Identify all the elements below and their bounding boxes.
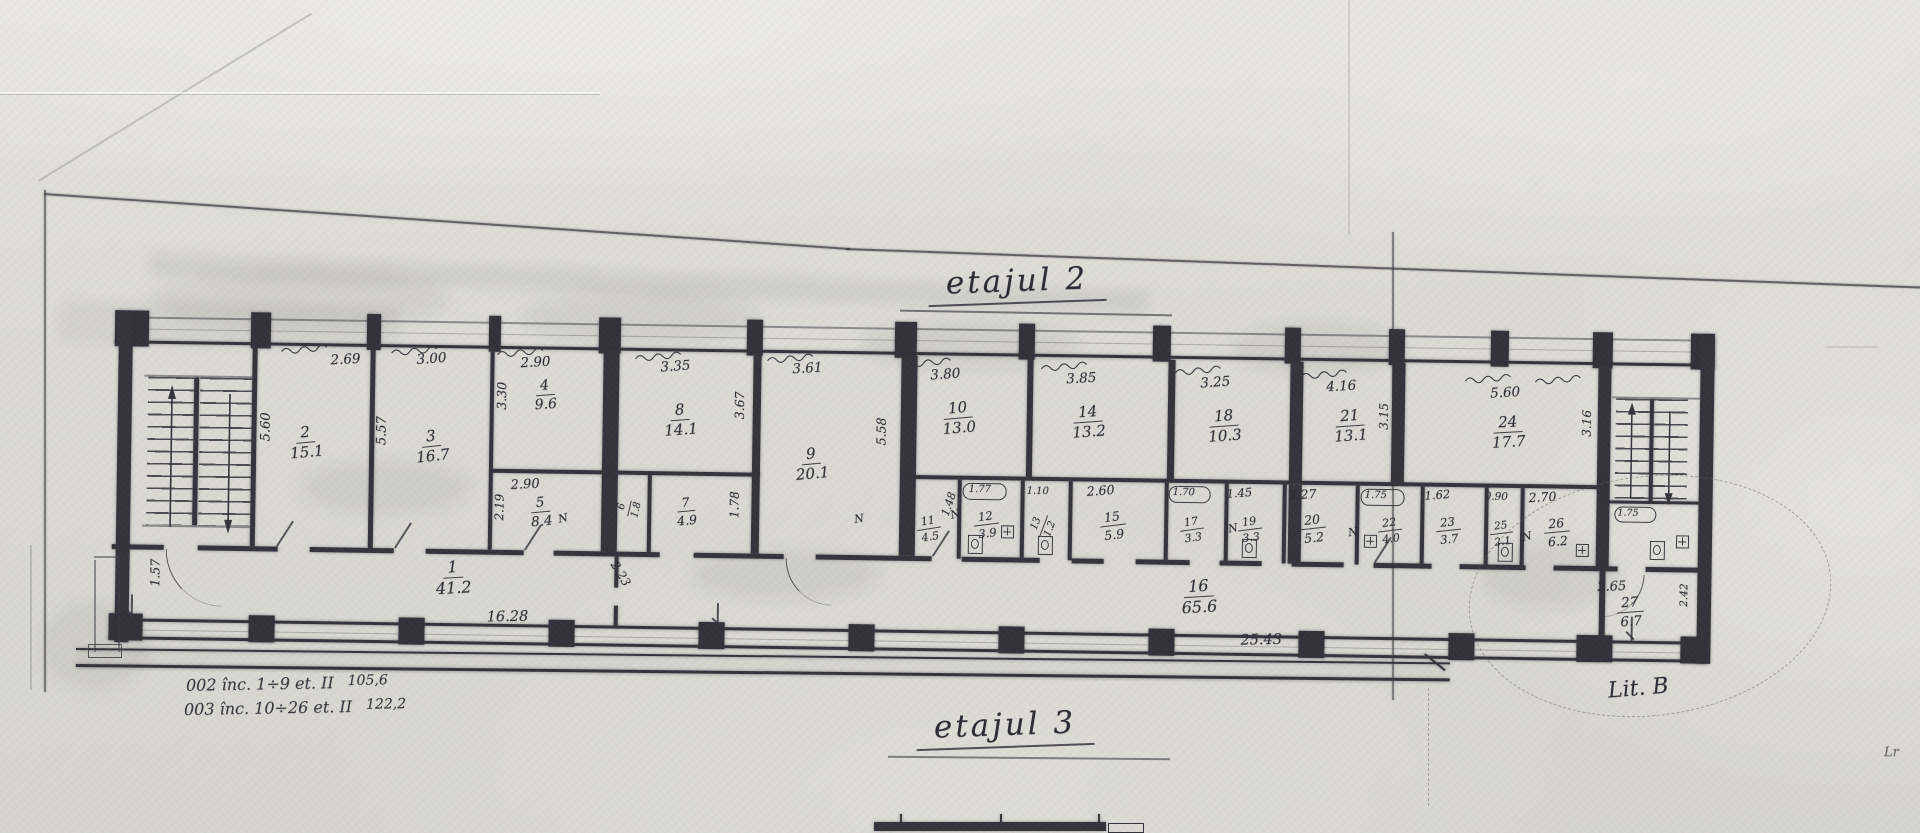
- room-3-label: 316.7: [413, 427, 450, 465]
- dim-room7-width: 1.78: [728, 491, 740, 518]
- dim-room13-width: 1.10: [1027, 487, 1049, 497]
- room-number: 1: [442, 559, 463, 579]
- room-area: 17.7: [1492, 431, 1526, 450]
- dim-room8-width: 3.35: [660, 359, 691, 375]
- room-area: 3.3: [1183, 528, 1202, 544]
- dim-room4-depth: 3.30: [496, 382, 509, 410]
- dim-room2-depth: 5.60: [259, 412, 272, 441]
- room-8-label: 814.1: [662, 401, 698, 438]
- dim-room21-width: 4.16: [1326, 380, 1357, 395]
- room-area: 16.7: [415, 445, 450, 466]
- floor-3-title: etajul 3: [915, 707, 1095, 751]
- niche-mark: N: [853, 513, 864, 525]
- dim-corridor2-length: 25.43: [1240, 633, 1282, 648]
- room-17-label: 173.3: [1178, 515, 1206, 545]
- door-leaf: [276, 521, 294, 547]
- wall: [1026, 358, 1034, 479]
- wall: [647, 475, 652, 554]
- porch-line: [118, 556, 120, 652]
- window-pier: [1491, 331, 1510, 367]
- room-13-label: 131.2: [1028, 511, 1059, 541]
- room-area: 3.3: [1241, 528, 1260, 544]
- window-squiggle: [281, 347, 333, 356]
- porch-line: [94, 556, 120, 558]
- scanned-floorplan-page: { "titles": { "floor2": "etajul 2", "flo…: [0, 0, 1920, 833]
- wall: [112, 544, 164, 549]
- dim-room10-width: 3.80: [930, 367, 961, 383]
- window-pier: [367, 314, 382, 350]
- wall: [1167, 360, 1176, 481]
- paper-crease: [1826, 346, 1878, 348]
- fragment-tick: [1000, 814, 1002, 823]
- wall: [913, 475, 1603, 489]
- paper-crease: [1348, 0, 1350, 235]
- room-area: 4.9: [676, 511, 697, 528]
- wall: [816, 555, 932, 561]
- dim-room4-width: 2.90: [520, 356, 551, 371]
- room-9-label: 920.1: [794, 445, 830, 483]
- stair-direction-arrows: [142, 369, 259, 541]
- room-5-label: 58.4: [529, 496, 553, 530]
- wall: [962, 557, 1040, 563]
- wall: [751, 354, 762, 554]
- dim-room17-tub: 1.70: [1173, 488, 1195, 498]
- room-24-label: 2417.7: [1491, 414, 1526, 451]
- dim-room9-depth: 5.58: [875, 417, 888, 445]
- window-pier: [248, 615, 274, 642]
- room-area: 10.3: [1208, 425, 1243, 445]
- wall: [1374, 563, 1432, 568]
- room-number: 2: [295, 424, 316, 443]
- window-pier: [599, 317, 622, 353]
- dim-room15-width: 2.60: [1086, 484, 1115, 498]
- room-22-label: 224.0: [1377, 516, 1404, 546]
- window-pier: [895, 322, 918, 358]
- niche-mark: N: [949, 508, 961, 521]
- annotation-value: 105,6: [334, 672, 388, 689]
- window-pier: [1298, 631, 1324, 658]
- wall: [1292, 562, 1344, 567]
- room-area: 13.1: [1334, 425, 1369, 445]
- room-area: 15.1: [289, 441, 324, 461]
- dim-room12-tub: 1.77: [969, 485, 991, 495]
- sheet-edge-line: [30, 545, 32, 690]
- room-7-label: 74.9: [675, 496, 698, 528]
- wall: [492, 469, 604, 475]
- room-6-label: 61.8: [616, 498, 644, 520]
- wall: [899, 356, 918, 556]
- window-pier: [848, 624, 874, 651]
- room-area: 65.6: [1181, 596, 1218, 616]
- window-pier: [1148, 629, 1174, 656]
- window-pier: [998, 626, 1024, 653]
- sink-icon: [1001, 525, 1014, 538]
- room-14-label: 1413.2: [1070, 403, 1106, 440]
- dim-room14-width: 3.85: [1066, 372, 1097, 387]
- room-number: 14: [1073, 404, 1103, 424]
- dim-corridor-mid: 2.23: [609, 559, 633, 588]
- room-number: 21: [1335, 407, 1365, 427]
- fragment-wall: [874, 822, 1106, 831]
- wall: [1220, 561, 1262, 566]
- window-pier: [548, 620, 574, 647]
- wall: [426, 549, 524, 555]
- dim-room8-depth: 3.67: [734, 391, 747, 419]
- wall: [1068, 481, 1073, 560]
- room-area: 5.9: [1103, 525, 1125, 542]
- annotation-text: 003 înc. 10÷26 et. II: [184, 697, 352, 719]
- dim-room19-width: 1.45: [1226, 487, 1252, 500]
- dim-room20-width: 2.27: [1288, 488, 1316, 502]
- dim-room3-depth: 5.57: [375, 416, 388, 445]
- room-10-label: 1013.0: [940, 399, 976, 437]
- door-swing-arc: [165, 549, 223, 607]
- room-2-label: 215.1: [288, 424, 324, 462]
- dim-room2-width: 2.69: [330, 353, 361, 368]
- porch-step: [88, 644, 122, 658]
- dim-room5-width: 2.90: [510, 477, 540, 492]
- room-number: 7: [676, 496, 695, 513]
- room-number: 4: [535, 378, 555, 396]
- wall: [1282, 484, 1287, 563]
- dim-room24-width: 5.60: [1490, 386, 1521, 401]
- room-area: 5.2: [1303, 528, 1324, 545]
- wall: [1391, 363, 1406, 484]
- window-pier: [251, 312, 272, 348]
- dim-room21-depth: 3.15: [1378, 403, 1390, 430]
- room-number: 18: [1209, 408, 1239, 428]
- room-area: 14.1: [664, 419, 699, 439]
- room-area: 20.1: [795, 462, 830, 482]
- room-number: 3: [420, 428, 441, 447]
- room-1-label: 141.2: [434, 558, 472, 597]
- door-swing-arc: [785, 558, 833, 606]
- pencil-line: [1428, 688, 1429, 806]
- niche-mark: N: [557, 512, 569, 525]
- door-leaf: [394, 522, 412, 548]
- room-11-label: 114.5: [915, 514, 943, 544]
- annotation-value: 122,2: [352, 696, 406, 713]
- room-number: 24: [1493, 414, 1523, 433]
- room-area: 4.0: [1381, 529, 1400, 545]
- dim-room24-depth: 3.16: [1581, 410, 1593, 437]
- room-area: 8.4: [530, 512, 553, 530]
- room-area: 3.9: [977, 524, 997, 540]
- room-15-label: 155.9: [1098, 509, 1127, 542]
- wall: [1136, 559, 1190, 564]
- dim-room23-width: 1.62: [1424, 489, 1450, 502]
- room-19-label: 193.3: [1237, 515, 1264, 545]
- room-number: 8: [669, 402, 690, 421]
- window-squiggle: [1534, 377, 1586, 386]
- niche-mark: N: [1347, 526, 1358, 538]
- room-number: 16: [1183, 577, 1214, 597]
- room-20-label: 205.2: [1299, 513, 1328, 546]
- wall: [310, 547, 394, 553]
- window-pier: [1153, 326, 1172, 362]
- dim-room9-width: 3.61: [792, 362, 823, 377]
- porch-line: [94, 560, 96, 652]
- room-4-label: 49.6: [533, 378, 558, 413]
- room-area: 3.7: [1439, 530, 1459, 546]
- room-21-label: 2113.1: [1332, 407, 1368, 444]
- wall: [601, 351, 620, 551]
- window-pier: [108, 613, 142, 641]
- room-12-label: 123.9: [973, 510, 1001, 541]
- wall: [694, 553, 784, 559]
- fragment-tick: [1098, 814, 1100, 823]
- dim-corridor-end: 1.57: [149, 559, 162, 587]
- room-23-label: 233.7: [1435, 516, 1462, 546]
- window-pier: [398, 617, 424, 644]
- annotation-text: 002 înc. 1÷9 et. II: [186, 673, 334, 695]
- paper-crease: [0, 94, 600, 95]
- window-pier: [747, 320, 764, 356]
- dim-room18-width: 3.25: [1200, 375, 1231, 391]
- dim-room25-width: 0.90: [1485, 491, 1509, 502]
- window-pier: [1019, 324, 1036, 360]
- room-number: 5: [530, 496, 550, 514]
- wall: [604, 470, 760, 476]
- dim-room3-width: 3.00: [416, 352, 447, 368]
- window-pier: [1285, 327, 1302, 363]
- fragment-block: [1108, 823, 1144, 833]
- sheet-border-line: [44, 190, 46, 692]
- dim-room22-tub: 1.75: [1365, 491, 1387, 501]
- wall: [614, 606, 618, 628]
- corner-pencil-mark: Lr: [1884, 746, 1899, 759]
- window-pier: [1448, 633, 1474, 660]
- room-area: 1.8: [628, 501, 644, 519]
- room-area: 9.6: [534, 394, 557, 412]
- room-area: 41.2: [435, 577, 472, 597]
- wall: [368, 348, 376, 548]
- wall: [1072, 558, 1104, 563]
- window-pier: [489, 316, 502, 352]
- dim-room5-depth: 2.19: [493, 494, 505, 521]
- room-area: 13.0: [942, 417, 977, 437]
- room-16-label: 1665.6: [1180, 577, 1218, 616]
- room-18-label: 1810.3: [1206, 407, 1242, 444]
- fragment-tick: [900, 814, 902, 823]
- dim-corridor1-length: 16.28: [487, 610, 529, 625]
- window-pier: [1389, 329, 1406, 365]
- room-area: 4.5: [920, 527, 939, 543]
- wall: [1020, 481, 1025, 560]
- wall: [554, 551, 660, 557]
- room-area: 13.2: [1072, 421, 1107, 441]
- window-pier: [1593, 332, 1614, 368]
- room-number: 9: [800, 446, 821, 465]
- window-pier: [698, 622, 724, 649]
- sink-icon: [1364, 535, 1377, 548]
